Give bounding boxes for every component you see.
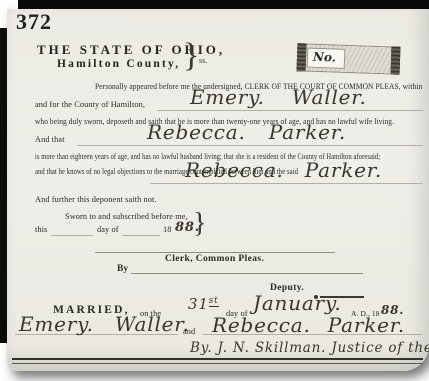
scanned-record-page: 372 THE STATE OF OHIO, Hamilton County, … [0,0,429,381]
by-label: By [117,264,128,274]
conjunction-and: and [183,327,195,336]
header-brace: } [183,37,199,75]
ribbon-endcap-left [297,43,307,71]
record-paper: 372 THE STATE OF OHIO, Hamilton County, … [7,9,429,371]
county-heading: Hamilton County, [57,58,180,70]
affidavit-county-prefix: and for the County of Hamilton, [35,100,145,109]
groom-signature: Emery. Waller. [190,85,367,109]
bride-signature-2: Rebecca. Parker. [185,158,382,182]
this-label: this [35,225,47,234]
clerk-signature-line [95,252,335,253]
affidavit-and-that: And that [35,135,65,144]
deputy-signature-line [131,273,363,274]
clerk-title: Clerk, Common Pleas. [165,254,264,264]
marriage-day-handwritten: 31st [188,295,219,313]
marriage-month-handwritten: January. [253,291,342,315]
marriage-day-number: 31 [188,295,209,313]
marriage-day-suffix: st [209,296,219,307]
ribbon-label-panel: No. [307,48,346,69]
officiant-signature: By. J. N. Skillman. Justice of the Peace [190,340,429,356]
affidavit-closing-line: And further this deponent saith not. [35,195,157,204]
bride-signature2-line [150,183,423,184]
bride-signature: Rebecca. Parker. [147,120,346,144]
day-of-label: day of [97,225,119,234]
scan-edge-left [0,28,7,343]
bottom-double-rule [12,358,423,364]
ss-label: ss. [199,56,207,65]
marriage-groom-name: Emery. Waller. [19,312,190,336]
sworn-month-blank [122,235,160,236]
page-number: 372 [16,9,52,35]
sworn-year-brace: } [193,208,207,240]
bride-signature-line [77,145,423,146]
scan-edge-top [18,0,429,9]
sworn-day-blank [51,235,93,236]
marriage-bride-name: Rebecca. Parker. [212,313,405,337]
sworn-line: Sworn to and subscribed before me, [65,212,188,221]
groom-signature-line [157,110,423,111]
number-ribbon: No. [298,44,400,74]
ribbon-endcap-right [390,46,400,74]
no-label: No. [313,50,336,65]
year-prefix: 18 [163,225,172,234]
